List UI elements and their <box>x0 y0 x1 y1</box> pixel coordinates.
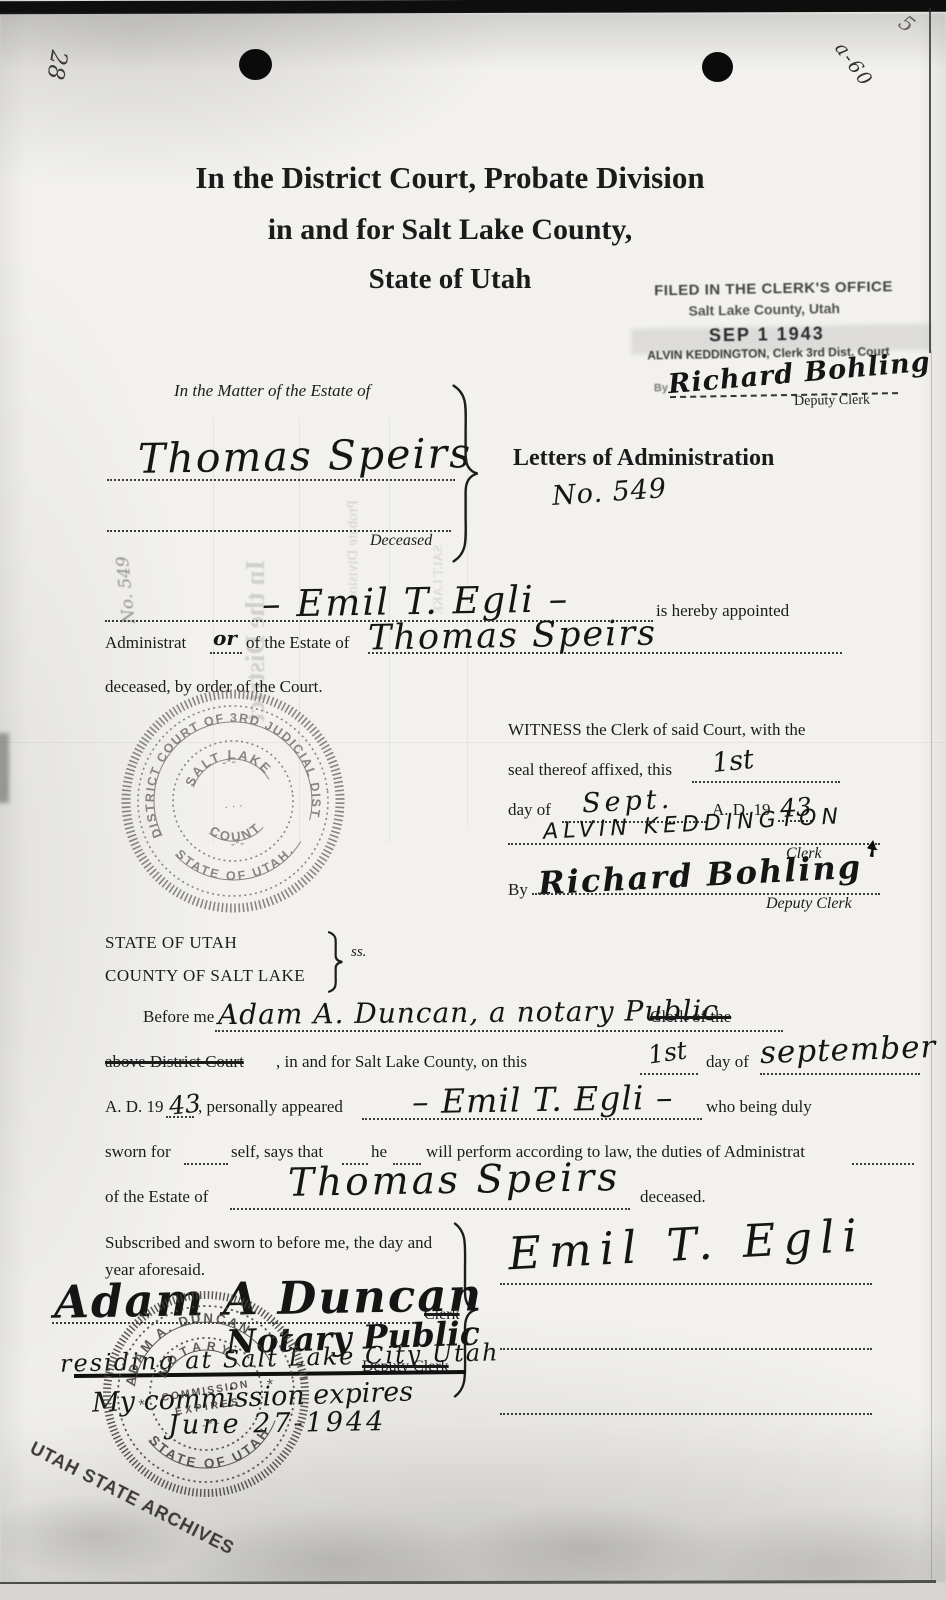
filed-stamp-date: SEP 1 1943 <box>709 323 825 346</box>
jurat-day-dots <box>640 1071 698 1075</box>
case-number-hw: No. 549 <box>551 473 668 512</box>
hereby-appointed-text: is hereby appointed <box>656 601 789 621</box>
scan-bottom-margin <box>0 1584 946 1600</box>
of-estate-text: of the Estate of <box>246 633 349 653</box>
caption-brace <box>450 382 486 565</box>
signature-line-1 <box>500 1281 872 1285</box>
venue-county-line: COUNTY OF SALT LAKE <box>105 966 305 986</box>
jurat-estate-name-hw: Thomas Speirs <box>288 1155 621 1206</box>
venue-brace <box>327 931 347 993</box>
closing-line1: Subscribed and sworn to before me, the d… <box>105 1233 432 1253</box>
court-title-line2: in and for Salt Lake County, <box>120 213 780 247</box>
signature-line-3 <box>500 1411 872 1415</box>
jurat-ad-text: A. D. 19 <box>105 1097 164 1117</box>
jurat-of-estate-text: of the Estate of <box>105 1187 208 1207</box>
filed-stamp-line1: FILED IN THE CLERK'S OFFICE <box>654 278 893 299</box>
witness-clerk-line <box>508 841 880 845</box>
district-court-seal: DISTRICT COURT OF 3RD JUDICIAL DISTRICT … <box>118 686 348 916</box>
jurat-before-me: Before me <box>143 1007 214 1027</box>
left-edge-smudge <box>0 733 9 803</box>
filed-stamp-line2: Salt Lake County, Utah <box>688 300 840 319</box>
venue-ss-label: ss. <box>351 944 366 961</box>
jurat-estate-line <box>230 1206 630 1210</box>
scan-right-edge-lower <box>931 350 932 1580</box>
top-shadow-band <box>0 13 946 68</box>
filed-stamp-by-label: By <box>654 382 668 394</box>
witness-deputy-label: Deputy Clerk <box>766 895 852 913</box>
punch-hole-right <box>702 52 733 82</box>
caption-line1 <box>107 477 455 481</box>
punch-hole-left <box>239 49 272 80</box>
deceased-label: Deceased <box>370 532 432 550</box>
court-seal-ornament-top: -*- <box>221 754 236 770</box>
jurat-struck-clerk-of-the: Clerk of the <box>650 1007 731 1027</box>
jurat-notary-line <box>215 1028 783 1032</box>
jurat-month-hw: september <box>759 1029 936 1071</box>
margin-note-top-left: 28 <box>41 48 72 81</box>
notary-seal: ADAM A. DUNCAN NOTARY STATE OF UTAH COMM… <box>100 1288 312 1500</box>
jurat-trailing-dots <box>852 1161 914 1165</box>
administrat-text: Administrat <box>105 633 186 653</box>
court-title-line1: In the District Court, Probate Division <box>120 160 780 196</box>
notary-seal-ornament: - * - <box>201 1417 221 1432</box>
jurat-appeared-text: , personally appeared <box>198 1097 343 1117</box>
court-seal-ornament-bottom: -*- <box>230 835 245 851</box>
venue-state-line: STATE OF UTAH <box>105 933 237 953</box>
jurat-day-hw: 1st <box>646 1035 688 1069</box>
jurat-who-text: who being duly <box>706 1097 812 1117</box>
witness-day-line <box>692 779 840 783</box>
witness-line2: seal thereof affixed, this <box>508 760 672 780</box>
jurat-appearer-hw: – Emil T. Egli – <box>412 1078 674 1122</box>
jurat-notary-name-hw: Adam A. Duncan, a notary Public <box>218 994 719 1031</box>
document-title: Letters of Administration <box>513 445 774 472</box>
decedent-name-hw: Thomas Speirs <box>138 429 473 483</box>
filed-stamp-deputy-label: Deputy Clerk <box>794 393 870 410</box>
jurat-struck-above-court: above District Court <box>105 1052 244 1072</box>
court-seal-center-dots: · · · <box>224 798 244 814</box>
bleedthrough-case-number: No. 549 <box>113 555 140 625</box>
jurat-self-text: self, says that <box>231 1142 323 1162</box>
administrator-or-dots <box>210 650 242 654</box>
jurat-self-dots <box>184 1161 228 1165</box>
jurat-line2-text: , in and for Salt Lake County, on this <box>276 1052 527 1072</box>
jurat-year-dots <box>166 1114 194 1118</box>
jurat-dayof-text: day of <box>706 1052 749 1072</box>
jurat-month-dots <box>760 1071 920 1075</box>
caption-label: In the Matter of the Estate of <box>174 381 370 401</box>
scanned-document: 28 5 a-60 In the District Probate Divisi… <box>0 0 946 1600</box>
witness-day-hw: 1st <box>710 744 755 779</box>
notary-seal-star-left: * <box>138 1397 147 1415</box>
signature-line-2 <box>500 1346 872 1350</box>
jurat-sworn-for: sworn for <box>105 1142 171 1162</box>
administrator-or-hw: or <box>213 626 237 650</box>
estate-name-hw: Thomas Speirs <box>368 613 658 658</box>
jurat-deceased-text: deceased. <box>640 1187 706 1207</box>
witness-dayof-text: day of <box>508 800 551 820</box>
witness-by-label: By <box>508 880 528 900</box>
notary-seal-star-right: * <box>266 1376 275 1394</box>
appointee-signature-hw: Emil T. Egli <box>507 1209 866 1281</box>
witness-line1: WITNESS the Clerk of said Court, with th… <box>508 720 805 740</box>
